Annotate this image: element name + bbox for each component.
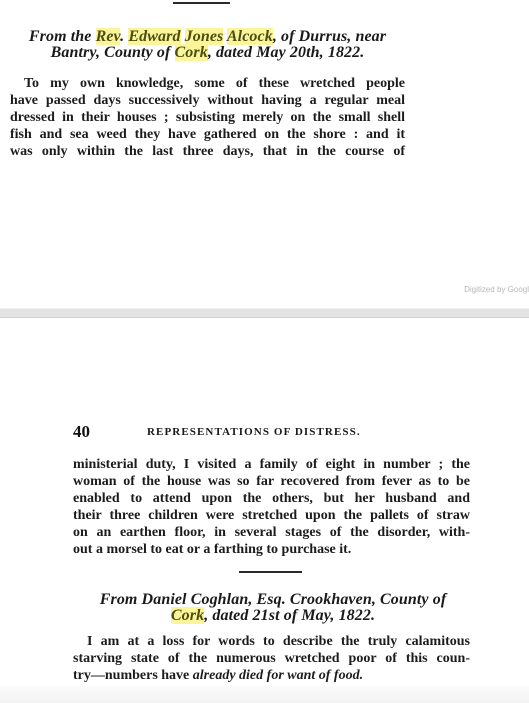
letter-paragraph-alcock: To my own knowledge, some of these wretc… [10,75,405,160]
heading-line-1: From the Rev. Edward Jones Alcock, of Du… [0,29,415,45]
search-highlight: Edward [128,28,180,45]
heading-line-2: Bantry, County of Cork, dated May 20th, … [0,45,415,61]
search-highlight: Cork [171,607,204,624]
letter-heading-coghlan: From Daniel Coghlan, Esq. Crookhaven, Co… [73,592,473,624]
section-divider-rule [239,571,302,573]
heading-line-2: Cork, dated 21st of May, 1822. [73,608,473,624]
section-divider-rule [173,2,230,4]
running-header: 40 REPRESENTATIONS OF DISTRESS. [73,422,470,442]
text-line: dressed in their houses ; subsisting mer… [10,109,405,126]
search-highlight: Alcock [227,28,273,45]
text-line: ministerial duty, I visited a family of … [73,456,470,473]
digitized-watermark: Digitized by Googl [464,285,529,294]
text-line: on an earthen floor, in several stages o… [73,524,470,541]
text-line: their three children were stretched upon… [73,507,470,524]
letter-heading-alcock: From the Rev. Edward Jones Alcock, of Du… [0,29,415,61]
page-number: 40 [73,422,90,442]
letter-paragraph-continued: ministerial duty, I visited a family of … [73,456,470,558]
italic-emphasis: already died for want of food. [193,668,363,683]
search-highlight: Rev [96,28,121,45]
running-head-title: REPRESENTATIONS OF DISTRESS. [147,426,361,438]
text-line: To my own knowledge, some of these wretc… [10,75,405,92]
page-separator [0,308,529,318]
text-line: enabled to attend upon the others, but h… [73,490,470,507]
text-line: out a morsel to eat or a farthing to pur… [73,541,470,558]
text-line: starving state of the numerous wretched … [73,650,470,667]
text-line: was only within the last three days, tha… [10,143,405,160]
text-line: woman of the house was so far recovered … [73,473,470,490]
heading-line-1: From Daniel Coghlan, Esq. Crookhaven, Co… [73,592,473,608]
text-line: I am at a loss for words to describe the… [73,633,470,650]
page-bottom-shadow [0,686,529,703]
book-page-top: From the Rev. Edward Jones Alcock, of Du… [0,0,529,308]
text-line: fish and sea weed they have gathered on … [10,126,405,143]
search-highlight: Jones [185,28,224,45]
search-highlight: Cork [175,44,208,61]
text-line: try—numbers have already died for want o… [73,667,470,684]
letter-paragraph-coghlan: I am at a loss for words to describe the… [73,633,470,684]
text-line: have passed days successively without ha… [10,92,405,109]
